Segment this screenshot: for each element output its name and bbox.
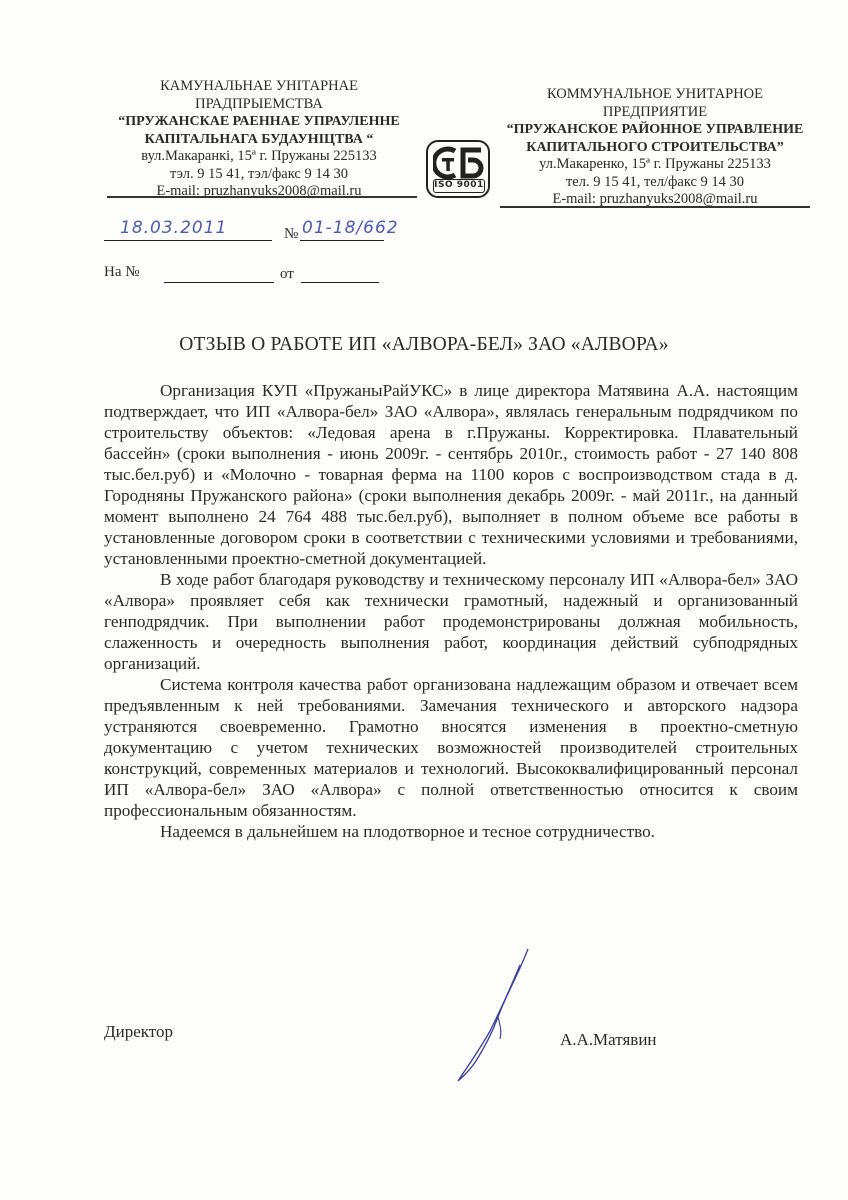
org-name-line2: КАПИТАЛЬНОГО СТРОИТЕЛЬСТВА” (496, 139, 814, 157)
reply-to-number-label: На № (104, 264, 140, 281)
date-underline (104, 240, 272, 241)
org-type-line1: КОММУНАЛЬНОЕ УНИТАРНОЕ (496, 86, 814, 104)
reply-number-blank (164, 282, 274, 283)
document-body: Организация КУП «ПружаныРайУКС» в лице д… (104, 380, 798, 842)
paragraph: В ходе работ благодаря руководству и тех… (104, 569, 798, 674)
org-address: вул.Макаранкі, 15ª г. Пружаны 225133 (104, 148, 414, 166)
letterhead: КАМУНАЛЬНАЕ УНІТАРНАЕ ПРАДПРЫЕМСТВА “ПРУ… (0, 78, 848, 208)
signer-name: А.А.Матявин (560, 1030, 657, 1050)
org-name-line1: “ПРУЖАНСКАЕ РАЕННАЕ УПРАУЛЕННЕ (104, 113, 414, 131)
stb-mark-icon (433, 145, 485, 181)
number-underline (300, 240, 384, 241)
paragraph: Надеемся в дальнейшем на плодотворное и … (104, 821, 798, 842)
org-type-line2: ПРЕДПРИЯТИЕ (496, 104, 814, 122)
outgoing-date: 18.03.2011 (120, 218, 227, 238)
reply-date-blank (301, 282, 379, 283)
letterhead-divider-right (500, 206, 810, 208)
stb-iso-certification-logo: ISO 9001 (426, 140, 490, 198)
signer-position: Директор (104, 1022, 173, 1042)
iso-label: ISO 9001 (433, 179, 485, 193)
paragraph: Система контроля качества работ организо… (104, 674, 798, 821)
letterhead-belarusian: КАМУНАЛЬНАЕ УНІТАРНАЕ ПРАДПРЫЕМСТВА “ПРУ… (104, 78, 414, 201)
document-title: ОТЗЫВ О РАБОТЕ ИП «АЛВОРА-БЕЛ» ЗАО «АЛВО… (0, 334, 848, 356)
number-label: № (284, 226, 298, 243)
paragraph: Организация КУП «ПружаныРайУКС» в лице д… (104, 380, 798, 569)
handwritten-signature-icon (440, 945, 550, 1085)
letterhead-divider-left (107, 196, 417, 198)
org-phone: тел. 9 15 41, тел/факс 9 14 30 (496, 174, 814, 192)
org-phone: тэл. 9 15 41, тэл/факс 9 14 30 (104, 166, 414, 184)
letterhead-russian: КОММУНАЛЬНОЕ УНИТАРНОЕ ПРЕДПРИЯТИЕ “ПРУЖ… (496, 86, 814, 209)
org-name-line2: КАПІТАЛЬНАГА БУДАУНІЦТВА “ (104, 131, 414, 149)
reply-from-label: от (280, 266, 294, 283)
outgoing-number: 01-18/662 (302, 218, 399, 238)
org-name-line1: “ПРУЖАНСКОЕ РАЙОННОЕ УПРАВЛЕНИЕ (496, 121, 814, 139)
org-type-line1: КАМУНАЛЬНАЕ УНІТАРНАЕ (104, 78, 414, 96)
org-address: ул.Макаренко, 15ª г. Пружаны 225133 (496, 156, 814, 174)
org-type-line2: ПРАДПРЫЕМСТВА (104, 96, 414, 114)
